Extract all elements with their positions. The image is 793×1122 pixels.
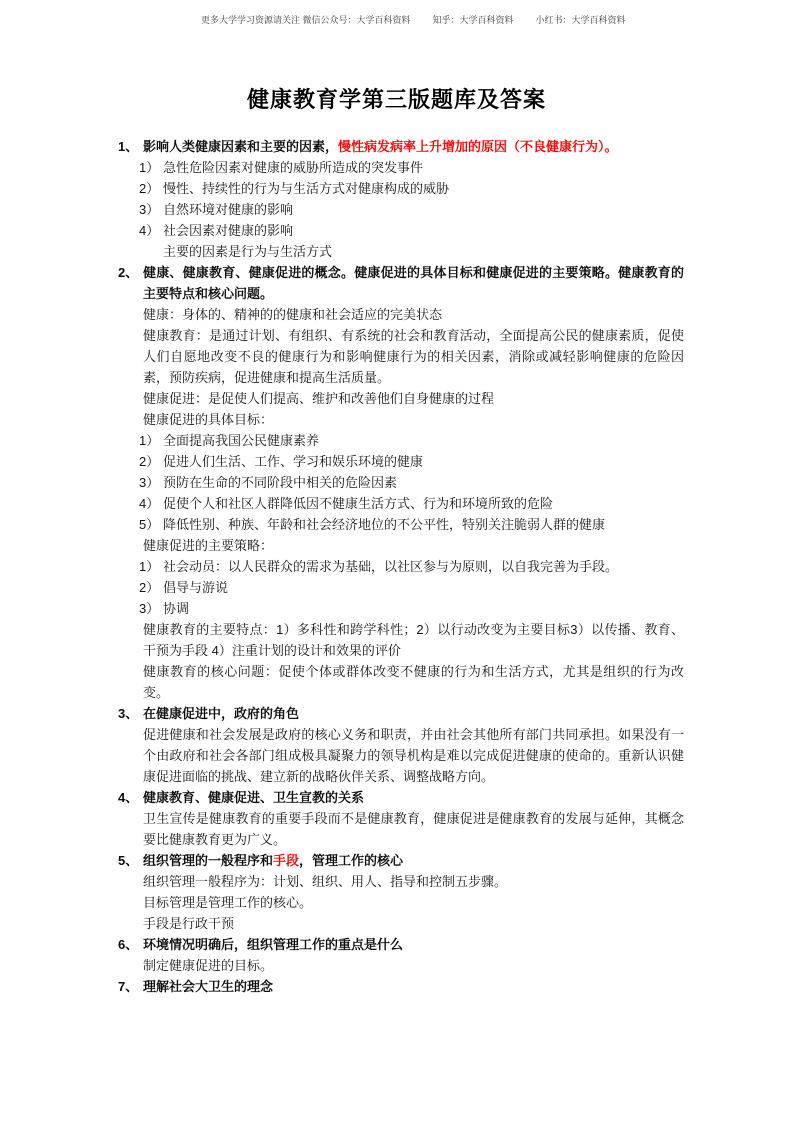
paragraph: 健康教育的主要特点：1）多科性和跨学科性；2）以行动改变为主要目标3）以传播、教… xyxy=(143,619,684,661)
highlight-red-text: 慢性病发病率上升增加的原因（不良健康行为）。 xyxy=(338,139,618,154)
sub-item-text: 全面提高我国公民健康素养 xyxy=(163,430,684,451)
paragraph: 健康促进：是促使人们提高、维护和改善他们自身健康的过程 xyxy=(143,388,684,409)
heading-text: 理解社会大卫生的理念 xyxy=(143,979,273,994)
question-item: 2、健康、健康教育、健康促进的概念。健康促进的具体目标和健康促进的主要策略。健康… xyxy=(118,262,684,304)
sub-item-text: 促进人们生活、工作、学习和娱乐环境的健康 xyxy=(163,451,684,472)
document-page: { "header": { "wechat": "更多大学学习资源请关注 微信公… xyxy=(0,0,793,1122)
sub-note: 主要的因素是行为与生活方式 xyxy=(139,241,684,262)
sub-item-number: 3） xyxy=(139,472,163,493)
question-item: 4、健康教育、健康促进、卫生宣教的关系 xyxy=(118,787,684,808)
item-number: 1、 xyxy=(118,136,143,157)
heading-text: 组织管理的一般程序和 xyxy=(143,853,273,868)
sub-item-number: 4） xyxy=(139,493,163,514)
highlight-red-text: 手段 xyxy=(273,853,299,868)
paragraph: 健康促进的主要策略： xyxy=(143,535,684,556)
sub-item-text: 自然环境对健康的影响 xyxy=(163,199,684,220)
paragraph: 制定健康促进的目标。 xyxy=(143,955,684,976)
sub-item-text: 降低性别、种族、年龄和社会经济地位的不公平性，特别关注脆弱人群的健康 xyxy=(163,514,684,535)
paragraph: 健康教育的核心问题：促使个体或群体改变不健康的行为和生活方式，尤其是组织的行为改… xyxy=(143,661,684,703)
sub-item: 2）倡导与游说 xyxy=(139,577,684,598)
item-number: 6、 xyxy=(118,934,143,955)
paragraph: 卫生宣传是健康教育的重要手段而不是健康教育，健康促进是健康教育的发展与延伸，其概… xyxy=(143,808,684,850)
sub-item-number: 2） xyxy=(139,577,163,598)
sub-item: 2）慢性、持续性的行为与生活方式对健康构成的威胁 xyxy=(139,178,684,199)
item-heading: 健康、健康教育、健康促进的概念。健康促进的具体目标和健康促进的主要策略。健康教育… xyxy=(143,262,684,304)
item-heading: 理解社会大卫生的理念 xyxy=(143,976,684,997)
item-heading: 影响人类健康因素和主要的因素，慢性病发病率上升增加的原因（不良健康行为）。 xyxy=(143,136,684,157)
heading-text: ，管理工作的核心 xyxy=(299,853,403,868)
header-note-xiaohongshu: 小红书：大学百科资料 xyxy=(536,13,626,26)
sub-item-number: 5） xyxy=(139,514,163,535)
item-number: 3、 xyxy=(118,703,143,724)
paragraph: 促进健康和社会发展是政府的核心义务和职责，并由社会其他所有部门共同承担。如果没有… xyxy=(143,724,684,787)
sub-item: 4）促使个人和社区人群降低因不健康生活方式、行为和环境所致的危险 xyxy=(139,493,684,514)
sub-item: 5）降低性别、种族、年龄和社会经济地位的不公平性，特别关注脆弱人群的健康 xyxy=(139,514,684,535)
item-number: 7、 xyxy=(118,976,143,997)
paragraph: 健康促进的具体目标： xyxy=(143,409,684,430)
sub-item-number: 2） xyxy=(139,451,163,472)
sub-item-number: 1） xyxy=(139,157,163,178)
paragraph: 手段是行政干预 xyxy=(143,913,684,934)
item-number: 4、 xyxy=(118,787,143,808)
header-note: 更多大学学习资源请关注 微信公众号：大学百科资料 知乎：大学百科资料 小红书：大… xyxy=(201,13,626,26)
sub-item-number xyxy=(139,241,163,262)
question-item: 7、理解社会大卫生的理念 xyxy=(118,976,684,997)
sub-item-number: 4） xyxy=(139,220,163,241)
heading-text: 健康、健康教育、健康促进的概念。健康促进的具体目标和健康促进的主要策略。健康教育… xyxy=(143,265,684,301)
item-heading: 环境情况明确后，组织管理工作的重点是什么 xyxy=(143,934,684,955)
sub-item-text: 预防在生命的不同阶段中相关的危险因素 xyxy=(163,472,684,493)
question-item: 5、组织管理的一般程序和手段，管理工作的核心 xyxy=(118,850,684,871)
item-heading: 组织管理的一般程序和手段，管理工作的核心 xyxy=(143,850,684,871)
sub-item-text: 社会因素对健康的影响 xyxy=(163,220,684,241)
sub-item: 2）促进人们生活、工作、学习和娱乐环境的健康 xyxy=(139,451,684,472)
item-number: 5、 xyxy=(118,850,143,871)
item-number: 2、 xyxy=(118,262,143,304)
item-heading: 在健康促进中，政府的角色 xyxy=(143,703,684,724)
paragraph: 目标管理是管理工作的核心。 xyxy=(143,892,684,913)
sub-item: 3）自然环境对健康的影响 xyxy=(139,199,684,220)
sub-item-number: 3） xyxy=(139,598,163,619)
paragraph: 组织管理一般程序为：计划、组织、用人、指导和控制五步骤。 xyxy=(143,871,684,892)
paragraph: 健康教育：是通过计划、有组织、有系统的社会和教育活动，全面提高公民的健康素质，促… xyxy=(143,325,684,388)
header-note-wechat: 更多大学学习资源请关注 微信公众号：大学百科资料 xyxy=(201,13,411,26)
sub-item: 1）社会动员：以人民群众的需求为基础，以社区参与为原则，以自我完善为手段。 xyxy=(139,556,684,577)
sub-item: 3）协调 xyxy=(139,598,684,619)
paragraph: 健康：身体的、精神的的健康和社会适应的完美状态 xyxy=(143,304,684,325)
sub-item-number: 2） xyxy=(139,178,163,199)
document-content: 1、影响人类健康因素和主要的因素，慢性病发病率上升增加的原因（不良健康行为）。1… xyxy=(118,136,684,997)
sub-item: 1）急性危险因素对健康的威胁所造成的突发事件 xyxy=(139,157,684,178)
question-item: 1、影响人类健康因素和主要的因素，慢性病发病率上升增加的原因（不良健康行为）。 xyxy=(118,136,684,157)
sub-item-text: 倡导与游说 xyxy=(163,577,684,598)
sub-item-text: 协调 xyxy=(163,598,684,619)
heading-text: 健康教育、健康促进、卫生宣教的关系 xyxy=(143,790,364,805)
sub-item-text: 急性危险因素对健康的威胁所造成的突发事件 xyxy=(163,157,684,178)
header-note-zhihu: 知乎：大学百科资料 xyxy=(433,13,514,26)
sub-item: 4）社会因素对健康的影响 xyxy=(139,220,684,241)
page-title: 健康教育学第三版题库及答案 xyxy=(0,83,793,114)
sub-item-number: 3） xyxy=(139,199,163,220)
sub-item: 1）全面提高我国公民健康素养 xyxy=(139,430,684,451)
heading-text: 在健康促进中，政府的角色 xyxy=(143,706,299,721)
item-heading: 健康教育、健康促进、卫生宣教的关系 xyxy=(143,787,684,808)
sub-item: 3）预防在生命的不同阶段中相关的危险因素 xyxy=(139,472,684,493)
sub-item-text: 慢性、持续性的行为与生活方式对健康构成的威胁 xyxy=(163,178,684,199)
sub-item-number: 1） xyxy=(139,556,163,577)
sub-item-text: 社会动员：以人民群众的需求为基础，以社区参与为原则，以自我完善为手段。 xyxy=(163,556,684,577)
heading-text: 影响人类健康因素和主要的因素， xyxy=(143,139,338,154)
question-item: 6、环境情况明确后，组织管理工作的重点是什么 xyxy=(118,934,684,955)
sub-item-number: 1） xyxy=(139,430,163,451)
question-item: 3、在健康促进中，政府的角色 xyxy=(118,703,684,724)
sub-item-text: 主要的因素是行为与生活方式 xyxy=(163,241,684,262)
sub-item-text: 促使个人和社区人群降低因不健康生活方式、行为和环境所致的危险 xyxy=(163,493,684,514)
heading-text: 环境情况明确后，组织管理工作的重点是什么 xyxy=(143,937,403,952)
